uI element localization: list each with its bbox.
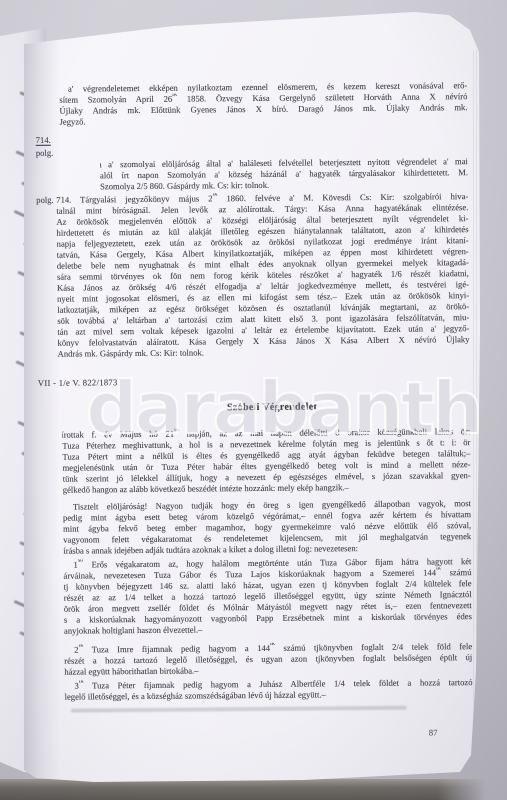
paragraph-hearing-protocol-lines: 714. Tárgyalási jegyzőkönyv május 2ik 18… [56,191,469,360]
paragraph-bequest-2: 2ik Tuza Imre fijamnak pedig hagyom a 14… [40,641,472,678]
margin-note-polg-2: polg. [36,195,54,206]
paragraph-hearing-protocol: polg. 714. Tárgyalási jegyzőkönyv május … [36,191,469,360]
paragraph-probate-presentation: Jelen a' szomolyai elöljáróság által a' … [36,156,468,193]
paragraph-bequest-3: 3ik Tuza Péter fijamnak pedig hagyom a J… [40,677,472,703]
page-number: 87 [429,727,438,738]
paragraph-witness-arrival: Alól írottak f. év Május hó 21ik napján,… [38,426,471,496]
page-content: Hogy a' végrendeletemet ekképen nyilatko… [35,0,474,800]
book-photo: Hogy a' végrendeletemet ekképen nyilatko… [0,0,507,800]
paragraph-bequest-1: 1ső Erős végakaratom az, hogy halálom me… [39,556,472,637]
archival-reference: VII - 1/e V. 822/1873. [38,374,470,389]
record-number-714: 714. [36,131,468,146]
paragraph-confirmation: Hogy a' végrendeletemet ekképen nyilatko… [35,80,467,128]
bleed-through-text [71,706,407,713]
paragraph-testator-address: Tisztelt elöljáróság! Nagyon tudják hogy… [39,498,471,557]
section-heading-szobeli-vegrendelet: Szóbeli Végrendelet [38,400,470,415]
